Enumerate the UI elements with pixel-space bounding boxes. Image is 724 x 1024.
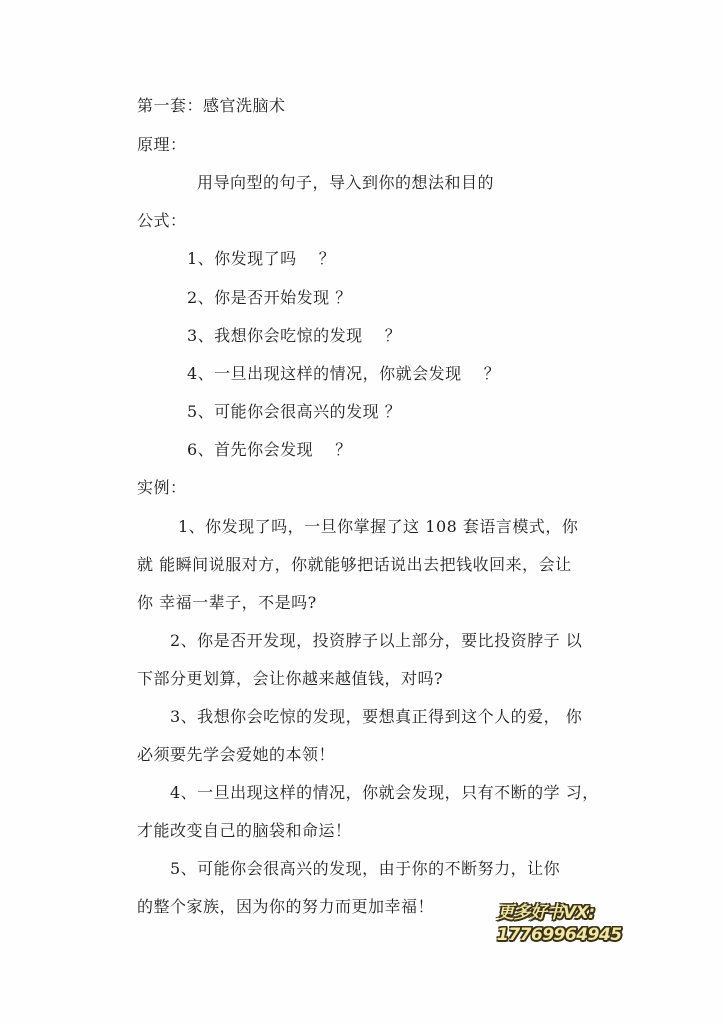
example-line: 3、我想你会吃惊的发现，要想真正得到这个人的爱， 你 [170, 707, 582, 727]
principle-label: 原理： [137, 135, 187, 155]
formula-item: 2、你是否开始发现 ？ [187, 288, 352, 308]
example-line: 必须要先学会爱她的本领！ [137, 745, 335, 765]
formula-item: 3、我想你会吃惊的发现 ？ [187, 326, 401, 346]
formula-item: 6、首先你会发现 ？ [187, 440, 352, 460]
formula-item: 4、一旦出现这样的情况，你就会发现 ？ [187, 364, 500, 384]
formula-label: 公式： [137, 211, 187, 231]
example-line: 1、你发现了吗，一旦你掌握了这 108 套语言模式，你 [178, 517, 578, 537]
watermark-line2: 17769964945 [497, 924, 622, 946]
example-line: 才能改变自己的脑袋和命运！ [137, 821, 352, 841]
formula-item: 5、可能你会很高兴的发现 ？ [187, 402, 401, 422]
example-line: 5、可能你会很高兴的发现，由于你的不断努力，让你 [170, 859, 560, 879]
example-line: 你 幸福一辈子，不是吗? [137, 593, 317, 613]
example-line: 下部分更划算，会让你越来越值钱，对吗? [137, 669, 443, 689]
example-line: 的整个家族，因为你的努力而更加幸福！ [137, 897, 434, 917]
formula-item: 1、你发现了吗 ？ [187, 249, 335, 269]
examples-label: 实例： [137, 478, 187, 498]
principle-text: 用导向型的句子，导入到你的想法和目的 [197, 173, 494, 193]
example-line: 4、一旦出现这样的情况，你就会发现，只有不断的学 习， [170, 783, 599, 803]
watermark: 更多好书VX: 17769964945 [497, 902, 622, 946]
example-line: 就 能瞬间说服对方，你就能够把话说出去把钱收回来，会让 [137, 555, 572, 575]
example-line: 2、你是否开发现，投资脖子以上部分，要比投资脖子 以 [170, 631, 582, 651]
document-title: 第一套：感官洗脑术 [137, 96, 286, 116]
watermark-line1: 更多好书VX: [497, 902, 622, 924]
